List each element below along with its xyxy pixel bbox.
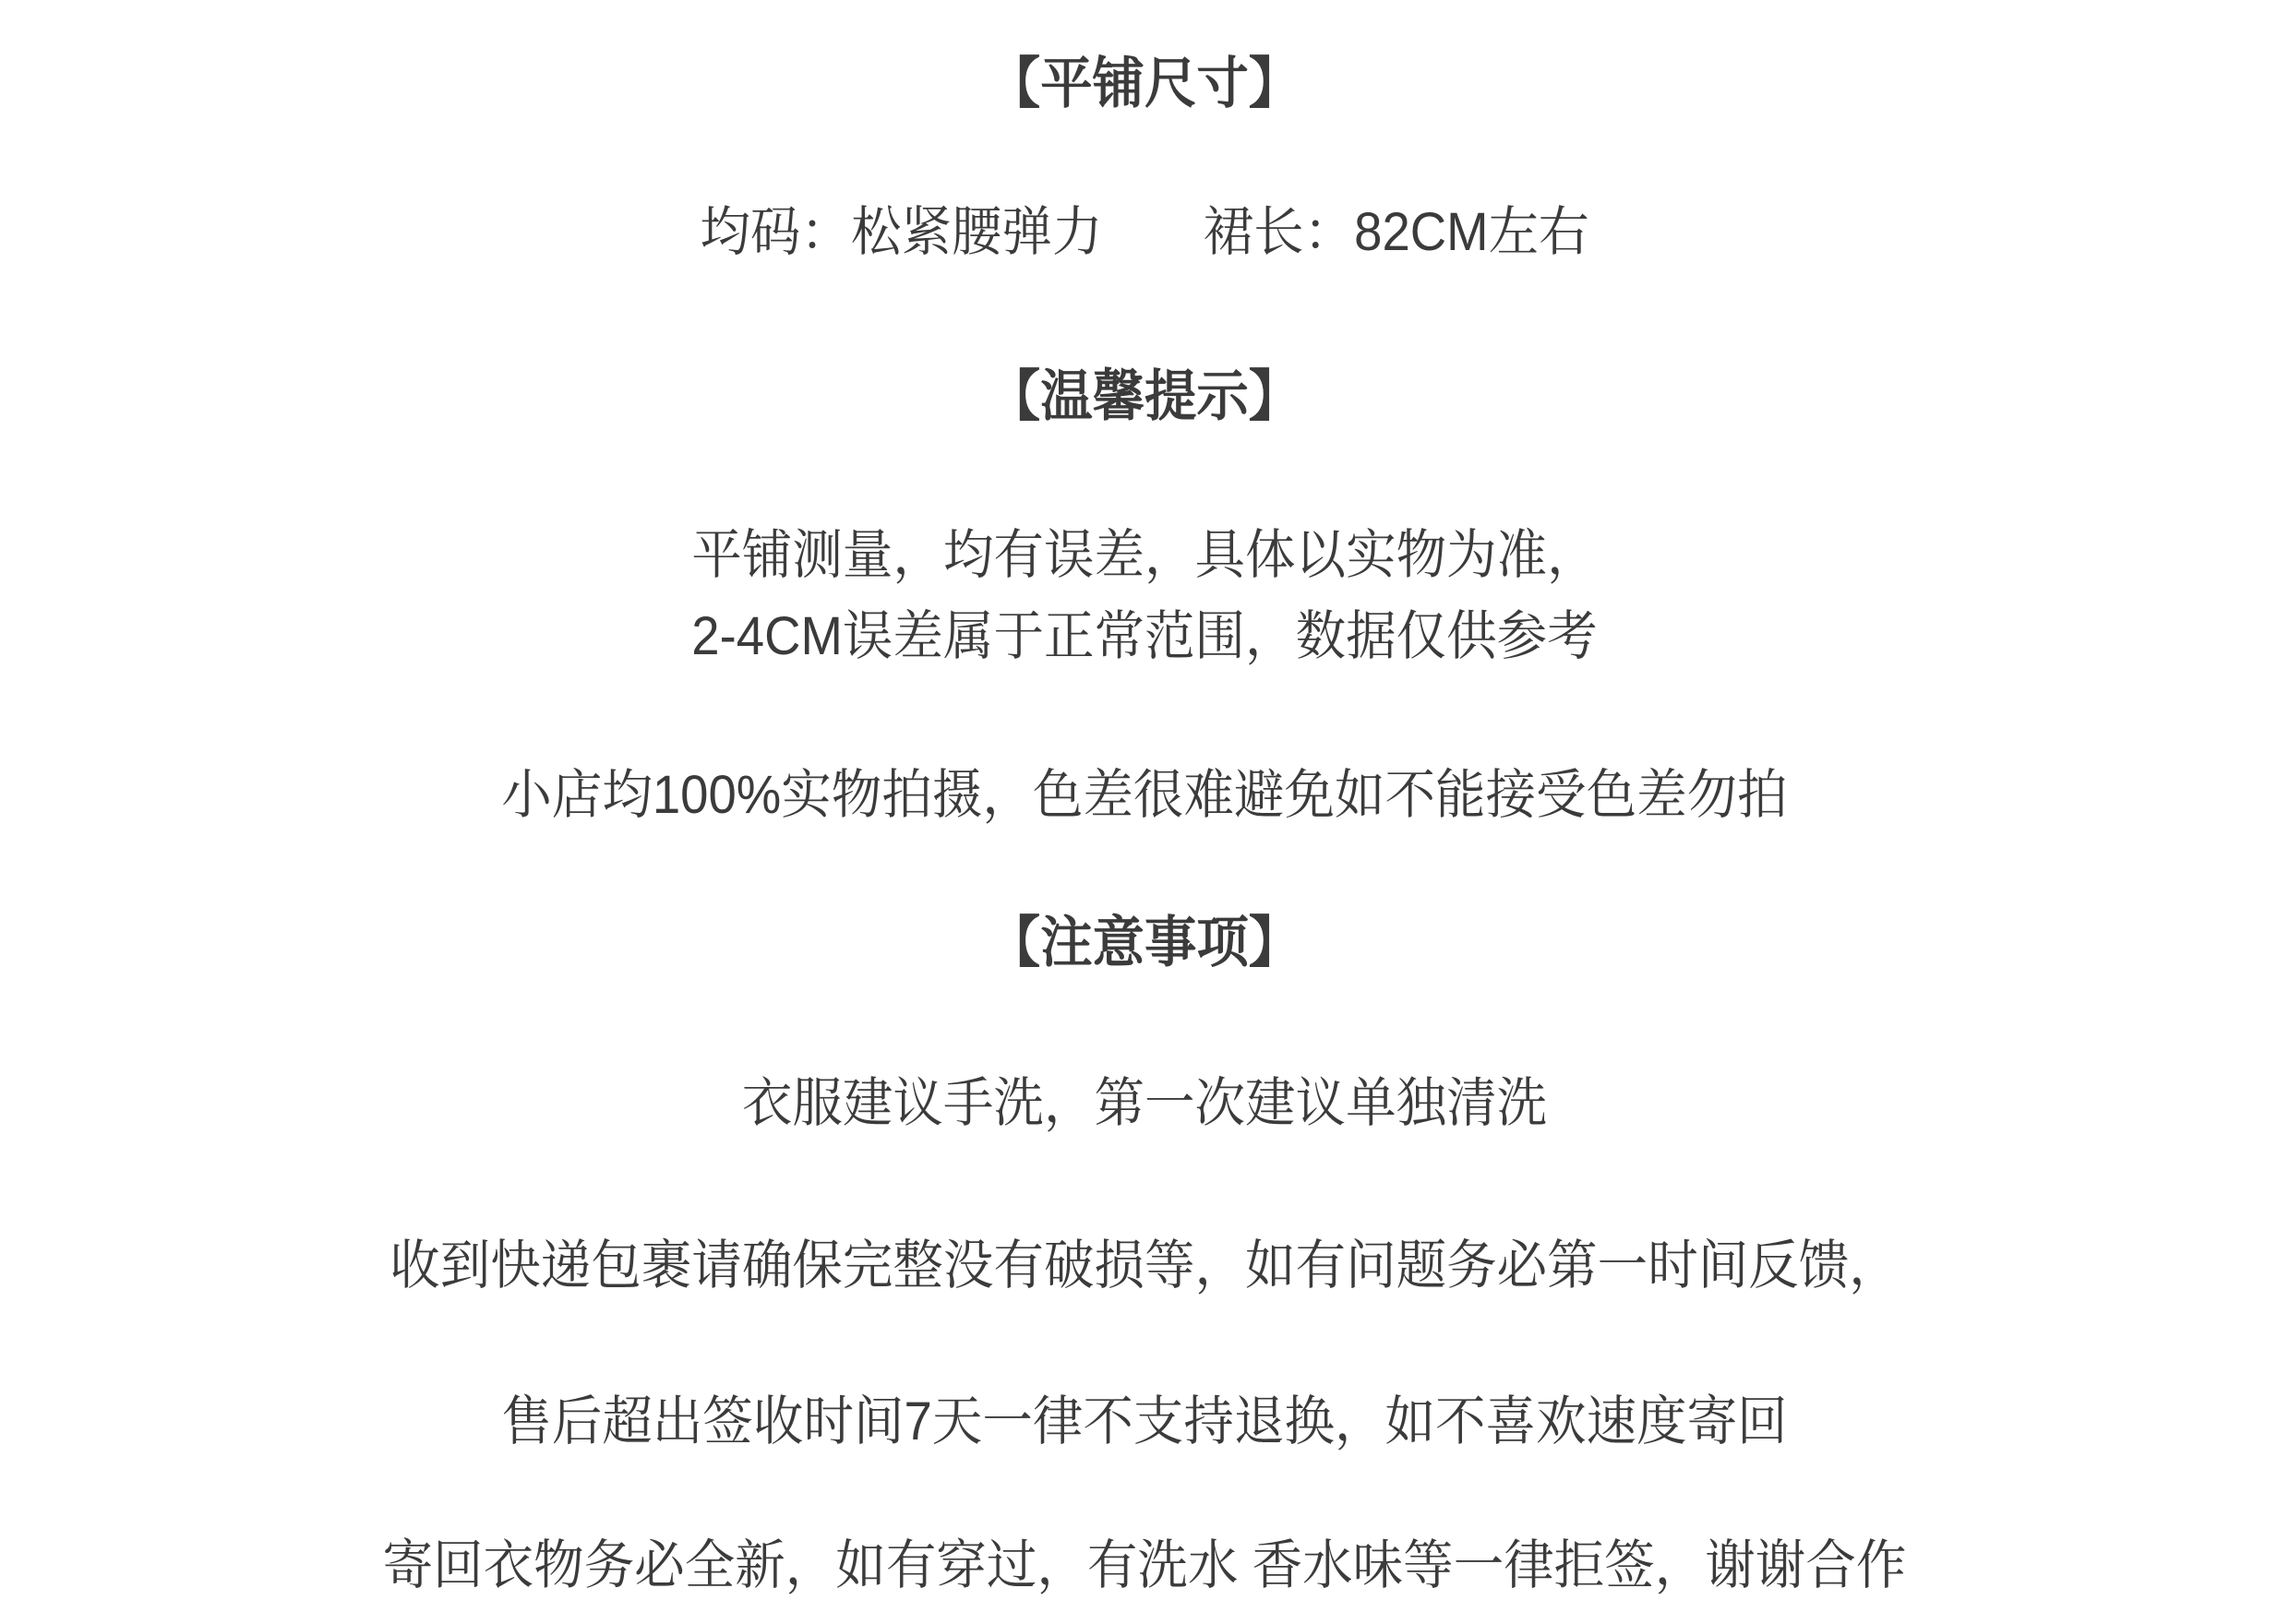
return-condition-line: 寄回衣物务必全新，如有穿过，有洗水 香水味等一律拒签，谢谢合作 <box>68 1529 2220 1603</box>
washing-advice-line: 衣服建议手洗，第一次建议单独清洗 <box>68 1067 2220 1140</box>
package-inspection-line: 收到快递包裹请确保完整没有破损等，如有问题务必第一时间反馈， <box>68 1229 2220 1303</box>
measurement-tolerance-line-2: 2-4CM误差属于正常范围，数据仅供参考 <box>68 600 2220 674</box>
return-policy-line: 售后超出签收时间7天一律不支持退换，如不喜欢速度寄回 <box>68 1385 2220 1459</box>
measurement-tolerance-line-1: 平铺测量，均有误差，具体以实物为准， <box>68 519 2220 592</box>
section-heading-warm-tips: 【温馨提示】 <box>68 360 2220 434</box>
color-difference-disclaimer-line: 小店均100%实物拍摄，色差很难避免如不能接受色差勿拍 <box>68 758 2220 832</box>
product-notes-page: 【平铺尺寸】 均码：松紧腰弹力 裙长：82CM左右 【温馨提示】 平铺测量，均有… <box>0 0 2289 1624</box>
size-spec-line: 均码：松紧腰弹力 裙长：82CM左右 <box>68 196 2220 269</box>
section-heading-flat-size: 【平铺尺寸】 <box>68 47 2220 121</box>
section-heading-notes: 【注意事项】 <box>68 906 2220 980</box>
